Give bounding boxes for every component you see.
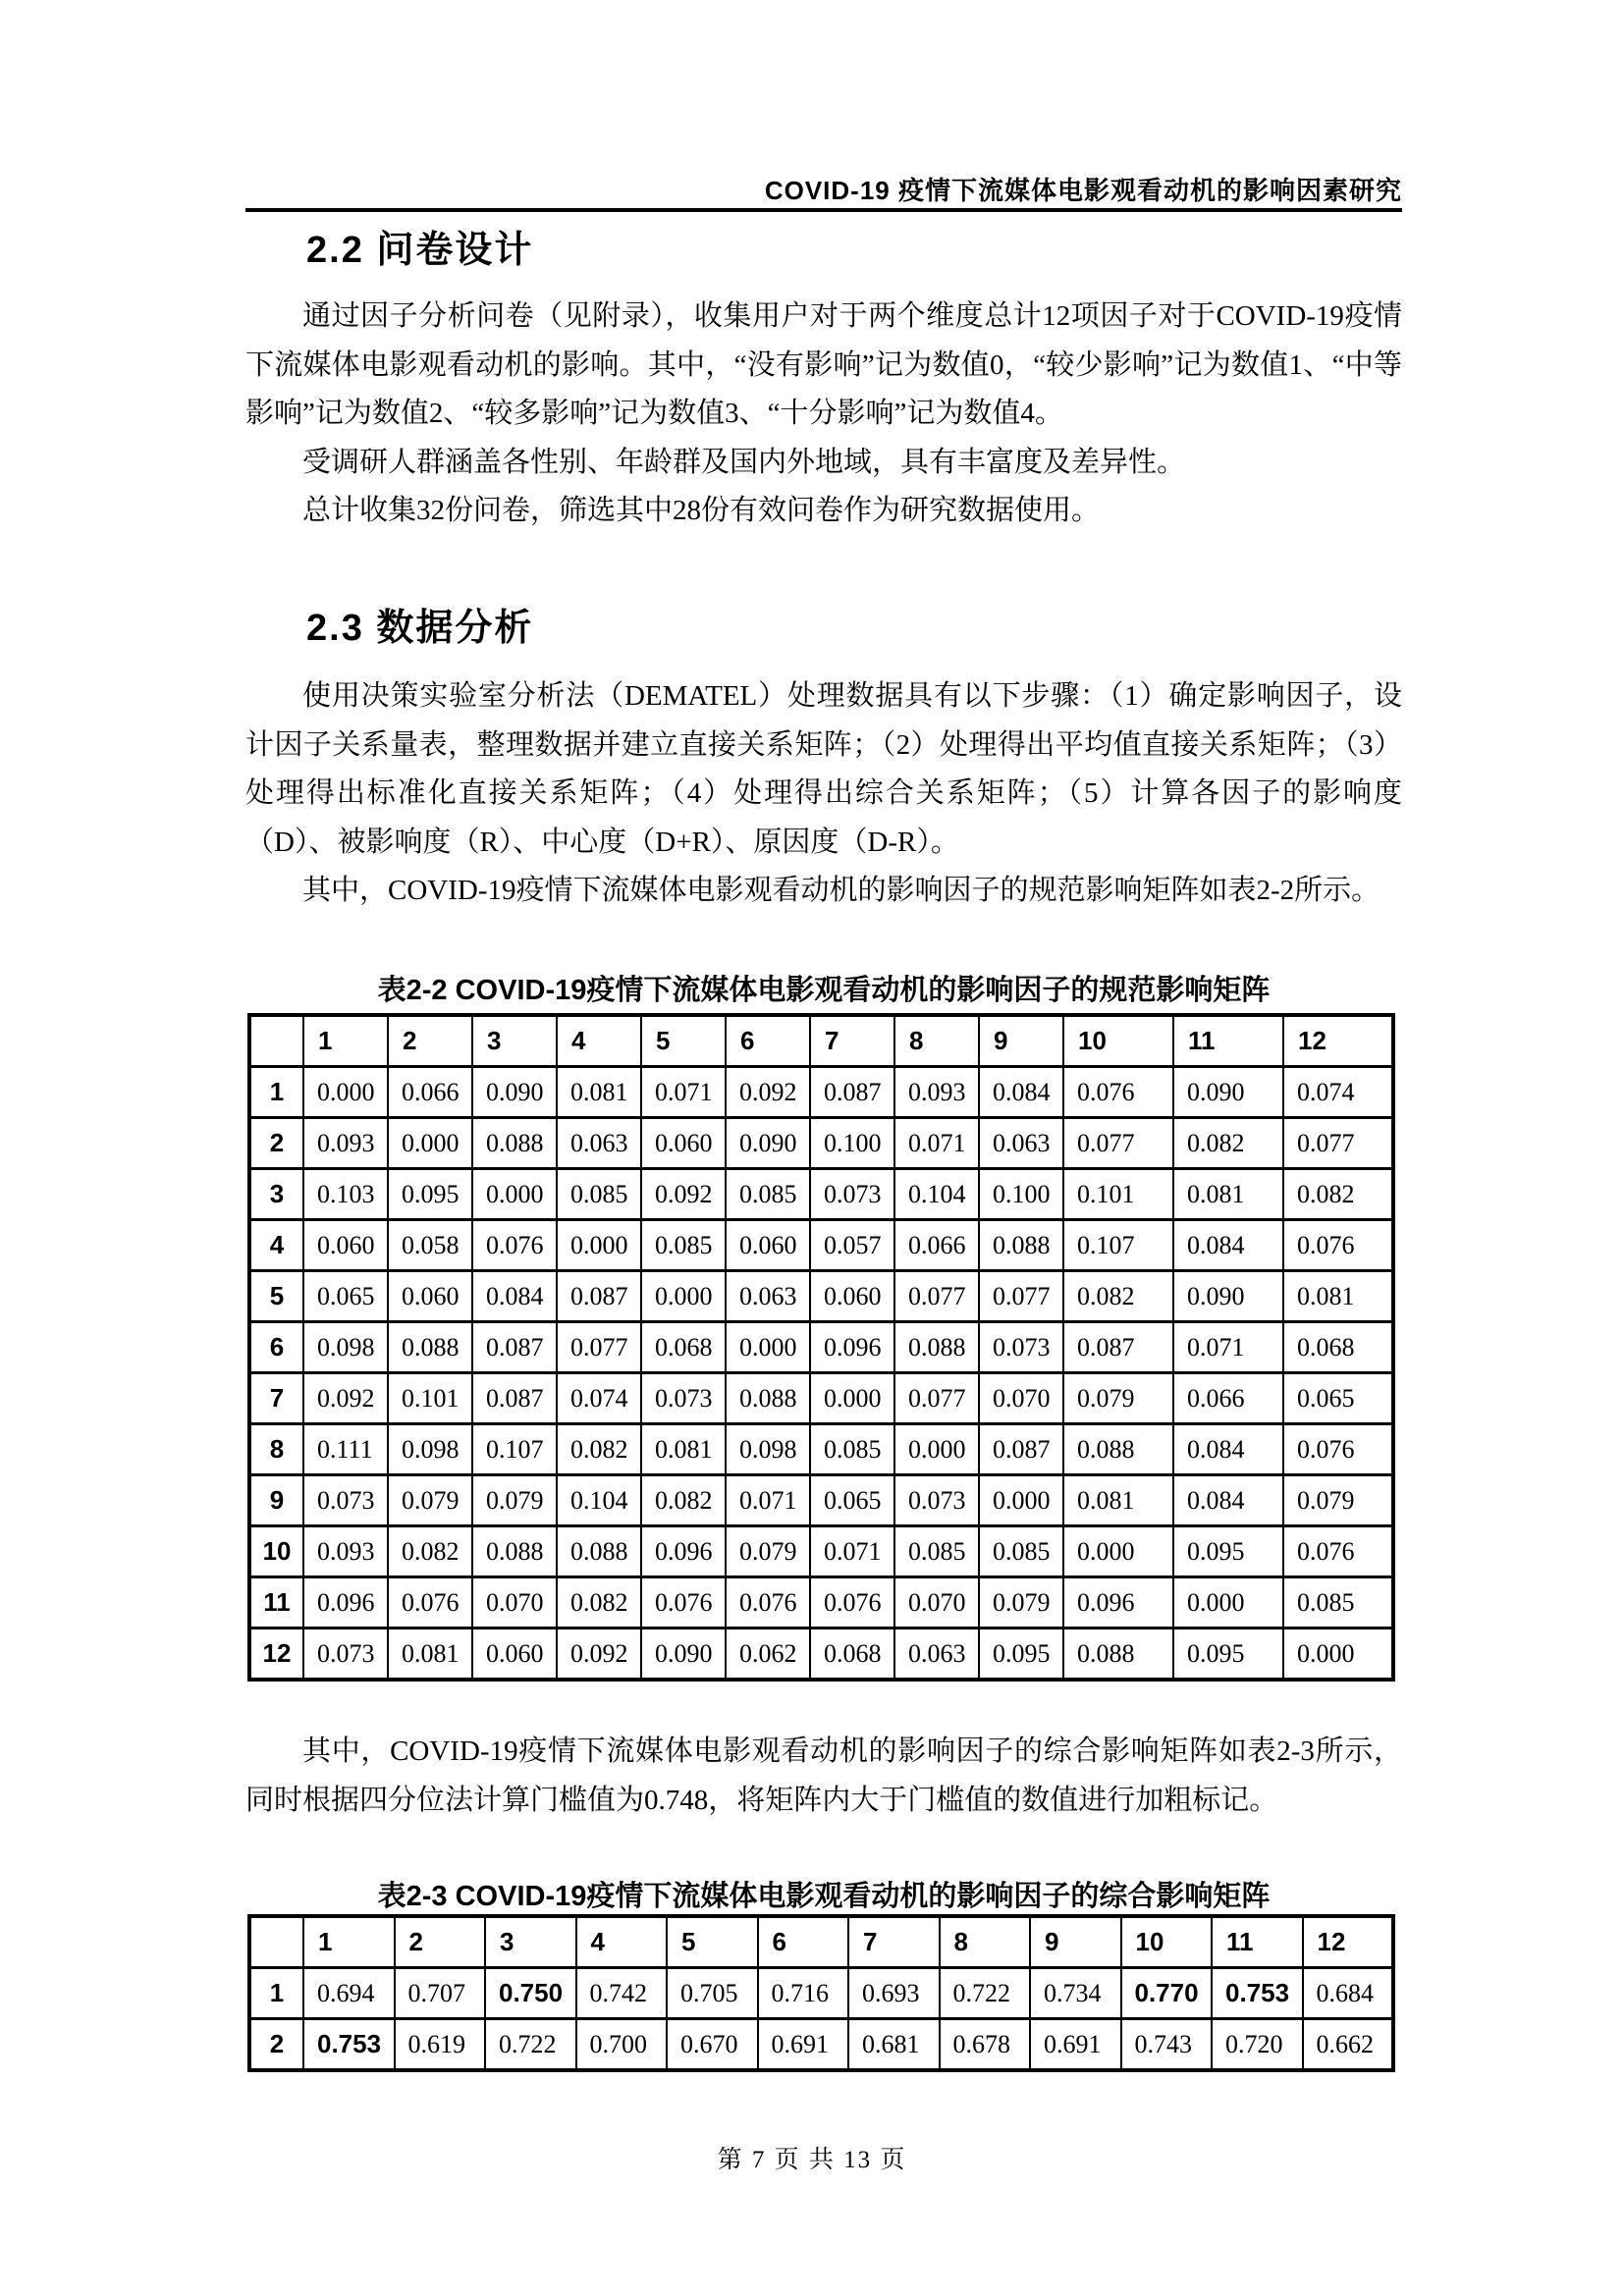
matrix-value-cell: 0.090 xyxy=(1173,1271,1283,1322)
matrix-row: 20.0930.0000.0880.0630.0600.0900.1000.07… xyxy=(249,1118,1393,1169)
matrix-col-header: 5 xyxy=(667,1916,758,1968)
matrix-value-cell: 0.074 xyxy=(1283,1067,1393,1118)
matrix-row-header: 11 xyxy=(249,1577,303,1629)
matrix-row-header: 10 xyxy=(249,1526,303,1577)
matrix-value-cell: 0.073 xyxy=(303,1475,388,1526)
paragraph: 使用决策实验室分析法（DEMATEL）处理数据具有以下步骤：（1）确定影响因子，… xyxy=(245,672,1402,867)
matrix-value-cell: 0.000 xyxy=(303,1067,388,1118)
matrix-row: 30.1030.0950.0000.0850.0920.0850.0730.10… xyxy=(249,1169,1393,1220)
matrix-value-cell: 0.088 xyxy=(472,1526,557,1577)
matrix-value-cell: 0.000 xyxy=(557,1220,641,1271)
matrix-row: 60.0980.0880.0870.0770.0680.0000.0960.08… xyxy=(249,1322,1393,1373)
matrix-value-cell: 0.090 xyxy=(726,1118,810,1169)
matrix-value-cell: 0.000 xyxy=(1283,1629,1393,1681)
matrix-col-header: 11 xyxy=(1212,1916,1303,1968)
section-2-2-paragraphs: 通过因子分析问卷（见附录），收集用户对于两个维度总计12项因子对于COVID-1… xyxy=(245,293,1402,536)
matrix-value-cell: 0.084 xyxy=(472,1271,557,1322)
table-2-2-caption: 表2-2 COVID-19疫情下流媒体电影观看动机的影响因子的规范影响矩阵 xyxy=(245,973,1402,1008)
matrix-value-cell: 0.084 xyxy=(1173,1475,1283,1526)
matrix-value-cell: 0.743 xyxy=(1121,2019,1213,2071)
matrix-value-cell: 0.077 xyxy=(1063,1118,1173,1169)
matrix-value-cell: 0.087 xyxy=(557,1271,641,1322)
matrix-value-cell: 0.076 xyxy=(1283,1424,1393,1475)
matrix-value-cell: 0.100 xyxy=(979,1169,1063,1220)
matrix-value-cell: 0.084 xyxy=(1173,1424,1283,1475)
matrix-value-cell: 0.082 xyxy=(557,1577,641,1629)
matrix-value-cell: 0.073 xyxy=(810,1169,894,1220)
matrix-value-cell: 0.088 xyxy=(894,1322,979,1373)
matrix-value-cell: 0.000 xyxy=(641,1271,726,1322)
matrix-value-cell: 0.081 xyxy=(641,1424,726,1475)
matrix-col-header: 8 xyxy=(894,1015,979,1067)
matrix-value-cell: 0.066 xyxy=(388,1067,472,1118)
matrix-value-cell: 0.081 xyxy=(557,1067,641,1118)
matrix-col-header: 9 xyxy=(979,1015,1063,1067)
matrix-value-cell: 0.107 xyxy=(1063,1220,1173,1271)
matrix-value-cell: 0.073 xyxy=(641,1373,726,1424)
matrix-value-cell: 0.076 xyxy=(1283,1526,1393,1577)
matrix-value-cell: 0.088 xyxy=(472,1118,557,1169)
normalized-influence-matrix-table: 123456789101112 10.0000.0660.0900.0810.0… xyxy=(247,1013,1395,1682)
matrix-value-cell: 0.716 xyxy=(758,1968,849,2019)
matrix-value-cell: 0.081 xyxy=(388,1629,472,1681)
matrix-row: 20.7530.6190.7220.7000.6700.6910.6810.67… xyxy=(249,2019,1393,2071)
matrix-value-cell: 0.076 xyxy=(1283,1220,1393,1271)
matrix-value-cell: 0.753 xyxy=(303,2019,395,2071)
matrix-value-cell: 0.681 xyxy=(848,2019,940,2071)
matrix-value-cell: 0.087 xyxy=(979,1424,1063,1475)
matrix-value-cell: 0.770 xyxy=(1121,1968,1213,2019)
matrix-value-cell: 0.096 xyxy=(641,1526,726,1577)
matrix-row: 120.0730.0810.0600.0920.0900.0620.0680.0… xyxy=(249,1629,1393,1681)
matrix-value-cell: 0.063 xyxy=(979,1118,1063,1169)
matrix-value-cell: 0.093 xyxy=(303,1118,388,1169)
matrix-value-cell: 0.060 xyxy=(810,1271,894,1322)
matrix-value-cell: 0.619 xyxy=(395,2019,486,2071)
matrix-value-cell: 0.077 xyxy=(979,1271,1063,1322)
section-heading-2-2: 2.2 问卷设计 xyxy=(306,228,533,273)
matrix-row: 80.1110.0980.1070.0820.0810.0980.0850.00… xyxy=(249,1424,1393,1475)
matrix-value-cell: 0.070 xyxy=(894,1577,979,1629)
matrix-row-header: 6 xyxy=(249,1322,303,1373)
matrix-row-header: 3 xyxy=(249,1169,303,1220)
matrix-value-cell: 0.085 xyxy=(726,1169,810,1220)
matrix-value-cell: 0.085 xyxy=(894,1526,979,1577)
matrix-value-cell: 0.000 xyxy=(388,1118,472,1169)
matrix-value-cell: 0.722 xyxy=(485,2019,576,2071)
matrix-value-cell: 0.693 xyxy=(848,1968,940,2019)
matrix-value-cell: 0.095 xyxy=(979,1629,1063,1681)
matrix-value-cell: 0.096 xyxy=(810,1322,894,1373)
matrix-value-cell: 0.076 xyxy=(472,1220,557,1271)
matrix-row-header: 2 xyxy=(249,1118,303,1169)
table-2-3-caption: 表2-3 COVID-19疫情下流媒体电影观看动机的影响因子的综合影响矩阵 xyxy=(245,1879,1402,1914)
matrix-row-header: 12 xyxy=(249,1629,303,1681)
matrix-value-cell: 0.063 xyxy=(726,1271,810,1322)
matrix-value-cell: 0.076 xyxy=(641,1577,726,1629)
matrix-value-cell: 0.092 xyxy=(303,1373,388,1424)
matrix-value-cell: 0.000 xyxy=(810,1373,894,1424)
matrix-value-cell: 0.088 xyxy=(1063,1629,1173,1681)
matrix-corner-cell xyxy=(249,1015,303,1067)
matrix-value-cell: 0.082 xyxy=(557,1424,641,1475)
matrix-value-cell: 0.070 xyxy=(979,1373,1063,1424)
matrix-value-cell: 0.691 xyxy=(1030,2019,1121,2071)
matrix-value-cell: 0.070 xyxy=(472,1577,557,1629)
matrix-value-cell: 0.081 xyxy=(1063,1475,1173,1526)
matrix-col-header: 7 xyxy=(810,1015,894,1067)
matrix-row-header: 8 xyxy=(249,1424,303,1475)
matrix-col-header: 11 xyxy=(1173,1015,1283,1067)
matrix-value-cell: 0.000 xyxy=(726,1322,810,1373)
matrix-col-header: 5 xyxy=(641,1015,726,1067)
matrix-col-header: 12 xyxy=(1303,1916,1394,1968)
matrix-value-cell: 0.057 xyxy=(810,1220,894,1271)
matrix-value-cell: 0.085 xyxy=(557,1169,641,1220)
matrix-value-cell: 0.096 xyxy=(303,1577,388,1629)
matrix-header-row: 123456789101112 xyxy=(249,1015,1393,1067)
matrix-header-row: 123456789101112 xyxy=(249,1916,1393,1968)
matrix-row-header: 5 xyxy=(249,1271,303,1322)
matrix-value-cell: 0.750 xyxy=(485,1968,576,2019)
matrix-value-cell: 0.073 xyxy=(303,1629,388,1681)
matrix-value-cell: 0.098 xyxy=(303,1322,388,1373)
matrix-value-cell: 0.079 xyxy=(726,1526,810,1577)
matrix-value-cell: 0.090 xyxy=(641,1629,726,1681)
matrix-col-header: 7 xyxy=(848,1916,940,1968)
matrix-value-cell: 0.722 xyxy=(940,1968,1031,2019)
matrix-value-cell: 0.081 xyxy=(1283,1271,1393,1322)
matrix-value-cell: 0.076 xyxy=(810,1577,894,1629)
matrix-value-cell: 0.742 xyxy=(576,1968,668,2019)
matrix-value-cell: 0.084 xyxy=(979,1067,1063,1118)
matrix-col-header: 8 xyxy=(940,1916,1031,1968)
matrix-value-cell: 0.098 xyxy=(388,1424,472,1475)
matrix-value-cell: 0.077 xyxy=(1283,1118,1393,1169)
matrix-value-cell: 0.093 xyxy=(303,1526,388,1577)
matrix-col-header: 6 xyxy=(726,1015,810,1067)
paragraph: 总计收集32份问卷，筛选其中28份有效问卷作为研究数据使用。 xyxy=(245,487,1402,536)
matrix-value-cell: 0.068 xyxy=(641,1322,726,1373)
matrix-value-cell: 0.087 xyxy=(472,1322,557,1373)
matrix-value-cell: 0.670 xyxy=(667,2019,758,2071)
matrix-value-cell: 0.077 xyxy=(894,1373,979,1424)
paragraph: 通过因子分析问卷（见附录），收集用户对于两个维度总计12项因子对于COVID-1… xyxy=(245,293,1402,439)
matrix-value-cell: 0.065 xyxy=(1283,1373,1393,1424)
matrix-value-cell: 0.081 xyxy=(1173,1169,1283,1220)
matrix-value-cell: 0.077 xyxy=(557,1322,641,1373)
matrix-value-cell: 0.088 xyxy=(557,1526,641,1577)
matrix-value-cell: 0.082 xyxy=(641,1475,726,1526)
matrix-value-cell: 0.100 xyxy=(810,1118,894,1169)
matrix-row-header: 2 xyxy=(249,2019,303,2071)
matrix-value-cell: 0.092 xyxy=(557,1629,641,1681)
matrix-value-cell: 0.071 xyxy=(1173,1322,1283,1373)
matrix-value-cell: 0.079 xyxy=(1283,1475,1393,1526)
matrix-value-cell: 0.071 xyxy=(641,1067,726,1118)
matrix-row-header: 7 xyxy=(249,1373,303,1424)
matrix-row: 10.6940.7070.7500.7420.7050.7160.6930.72… xyxy=(249,1968,1393,2019)
matrix-value-cell: 0.076 xyxy=(1063,1067,1173,1118)
matrix-value-cell: 0.071 xyxy=(894,1118,979,1169)
matrix-value-cell: 0.678 xyxy=(940,2019,1031,2071)
matrix-value-cell: 0.085 xyxy=(810,1424,894,1475)
matrix-col-header: 12 xyxy=(1283,1015,1393,1067)
matrix-row-header: 9 xyxy=(249,1475,303,1526)
matrix-col-header: 1 xyxy=(303,1015,388,1067)
matrix-value-cell: 0.700 xyxy=(576,2019,668,2071)
matrix-value-cell: 0.087 xyxy=(472,1373,557,1424)
matrix-value-cell: 0.060 xyxy=(726,1220,810,1271)
matrix-value-cell: 0.090 xyxy=(1173,1067,1283,1118)
matrix-value-cell: 0.071 xyxy=(726,1475,810,1526)
matrix-value-cell: 0.092 xyxy=(726,1067,810,1118)
matrix-value-cell: 0.000 xyxy=(979,1475,1063,1526)
matrix-value-cell: 0.000 xyxy=(472,1169,557,1220)
matrix-value-cell: 0.077 xyxy=(894,1271,979,1322)
matrix-row: 40.0600.0580.0760.0000.0850.0600.0570.06… xyxy=(249,1220,1393,1271)
matrix-row: 70.0920.1010.0870.0740.0730.0880.0000.07… xyxy=(249,1373,1393,1424)
matrix-row-header: 1 xyxy=(249,1968,303,2019)
matrix-value-cell: 0.101 xyxy=(1063,1169,1173,1220)
matrix-value-cell: 0.103 xyxy=(303,1169,388,1220)
matrix-value-cell: 0.095 xyxy=(388,1169,472,1220)
matrix-col-header: 4 xyxy=(557,1015,641,1067)
matrix-value-cell: 0.060 xyxy=(641,1118,726,1169)
matrix-value-cell: 0.691 xyxy=(758,2019,849,2071)
matrix-row: 90.0730.0790.0790.1040.0820.0710.0650.07… xyxy=(249,1475,1393,1526)
matrix-value-cell: 0.101 xyxy=(388,1373,472,1424)
matrix-row: 10.0000.0660.0900.0810.0710.0920.0870.09… xyxy=(249,1067,1393,1118)
matrix-value-cell: 0.084 xyxy=(1173,1220,1283,1271)
matrix-value-cell: 0.082 xyxy=(1173,1118,1283,1169)
matrix-value-cell: 0.088 xyxy=(979,1220,1063,1271)
matrix-value-cell: 0.060 xyxy=(472,1629,557,1681)
matrix-value-cell: 0.076 xyxy=(726,1577,810,1629)
matrix-value-cell: 0.662 xyxy=(1303,2019,1394,2071)
matrix-value-cell: 0.073 xyxy=(894,1475,979,1526)
comprehensive-influence-matrix-table: 123456789101112 10.6940.7070.7500.7420.7… xyxy=(247,1914,1395,2072)
matrix-value-cell: 0.088 xyxy=(388,1322,472,1373)
matrix-value-cell: 0.096 xyxy=(1063,1577,1173,1629)
matrix-value-cell: 0.068 xyxy=(1283,1322,1393,1373)
matrix-col-header: 2 xyxy=(388,1015,472,1067)
matrix-value-cell: 0.065 xyxy=(303,1271,388,1322)
matrix-value-cell: 0.088 xyxy=(726,1373,810,1424)
matrix-row: 110.0960.0760.0700.0820.0760.0760.0760.0… xyxy=(249,1577,1393,1629)
matrix-value-cell: 0.062 xyxy=(726,1629,810,1681)
header-rule xyxy=(245,208,1402,212)
matrix-value-cell: 0.082 xyxy=(1283,1169,1393,1220)
matrix-value-cell: 0.092 xyxy=(641,1169,726,1220)
matrix-col-header: 6 xyxy=(758,1916,849,1968)
matrix-value-cell: 0.088 xyxy=(1063,1424,1173,1475)
document-page: COVID-19 疫情下流媒体电影观看动机的影响因素研究 2.2 问卷设计 通过… xyxy=(0,0,1624,2296)
matrix-value-cell: 0.107 xyxy=(472,1424,557,1475)
matrix-value-cell: 0.707 xyxy=(395,1968,486,2019)
matrix-value-cell: 0.753 xyxy=(1212,1968,1303,2019)
matrix-value-cell: 0.068 xyxy=(810,1629,894,1681)
matrix-value-cell: 0.063 xyxy=(894,1629,979,1681)
matrix-col-header: 1 xyxy=(303,1916,395,1968)
matrix-col-header: 2 xyxy=(395,1916,486,1968)
matrix-value-cell: 0.060 xyxy=(303,1220,388,1271)
matrix-value-cell: 0.082 xyxy=(1063,1271,1173,1322)
matrix-value-cell: 0.060 xyxy=(388,1271,472,1322)
matrix-value-cell: 0.095 xyxy=(1173,1526,1283,1577)
matrix-value-cell: 0.087 xyxy=(810,1067,894,1118)
matrix-value-cell: 0.111 xyxy=(303,1424,388,1475)
matrix-value-cell: 0.093 xyxy=(894,1067,979,1118)
matrix-corner-cell xyxy=(249,1916,303,1968)
section-2-3-paragraphs: 使用决策实验室分析法（DEMATEL）处理数据具有以下步骤：（1）确定影响因子，… xyxy=(245,672,1402,916)
section-heading-2-3: 2.3 数据分析 xyxy=(306,606,533,651)
matrix-value-cell: 0.058 xyxy=(388,1220,472,1271)
matrix-col-header: 10 xyxy=(1063,1015,1173,1067)
matrix-value-cell: 0.082 xyxy=(388,1526,472,1577)
matrix-row: 100.0930.0820.0880.0880.0960.0790.0710.0… xyxy=(249,1526,1393,1577)
matrix-value-cell: 0.071 xyxy=(810,1526,894,1577)
between-tables-paragraph: 其中，COVID-19疫情下流媒体电影观看动机的影响因子的综合影响矩阵如表2-3… xyxy=(245,1728,1402,1825)
matrix-value-cell: 0.087 xyxy=(1063,1322,1173,1373)
matrix-value-cell: 0.000 xyxy=(894,1424,979,1475)
matrix-value-cell: 0.076 xyxy=(388,1577,472,1629)
matrix-value-cell: 0.720 xyxy=(1212,2019,1303,2071)
running-header-title: COVID-19 疫情下流媒体电影观看动机的影响因素研究 xyxy=(245,175,1402,206)
matrix-value-cell: 0.734 xyxy=(1030,1968,1121,2019)
matrix-col-header: 4 xyxy=(576,1916,668,1968)
matrix-value-cell: 0.000 xyxy=(1173,1577,1283,1629)
matrix-value-cell: 0.079 xyxy=(979,1577,1063,1629)
matrix-value-cell: 0.079 xyxy=(388,1475,472,1526)
matrix-value-cell: 0.065 xyxy=(810,1475,894,1526)
matrix-value-cell: 0.705 xyxy=(667,1968,758,2019)
paragraph: 其中，COVID-19疫情下流媒体电影观看动机的影响因子的综合影响矩阵如表2-3… xyxy=(245,1728,1402,1825)
matrix-value-cell: 0.104 xyxy=(557,1475,641,1526)
matrix-col-header: 9 xyxy=(1030,1916,1121,1968)
matrix-col-header: 10 xyxy=(1121,1916,1213,1968)
matrix-value-cell: 0.684 xyxy=(1303,1968,1394,2019)
matrix-value-cell: 0.074 xyxy=(557,1373,641,1424)
matrix-value-cell: 0.063 xyxy=(557,1118,641,1169)
matrix-value-cell: 0.095 xyxy=(1173,1629,1283,1681)
matrix-value-cell: 0.085 xyxy=(1283,1577,1393,1629)
matrix-col-header: 3 xyxy=(472,1015,557,1067)
matrix-value-cell: 0.090 xyxy=(472,1067,557,1118)
matrix-value-cell: 0.098 xyxy=(726,1424,810,1475)
paragraph: 受调研人群涵盖各性别、年龄群及国内外地域，具有丰富度及差异性。 xyxy=(245,439,1402,488)
matrix-value-cell: 0.079 xyxy=(472,1475,557,1526)
matrix-value-cell: 0.085 xyxy=(641,1220,726,1271)
matrix-value-cell: 0.104 xyxy=(894,1169,979,1220)
matrix-value-cell: 0.694 xyxy=(303,1968,395,2019)
matrix-value-cell: 0.000 xyxy=(1063,1526,1173,1577)
matrix-col-header: 3 xyxy=(485,1916,576,1968)
matrix-value-cell: 0.073 xyxy=(979,1322,1063,1373)
matrix-value-cell: 0.066 xyxy=(1173,1373,1283,1424)
matrix-value-cell: 0.085 xyxy=(979,1526,1063,1577)
matrix-row: 50.0650.0600.0840.0870.0000.0630.0600.07… xyxy=(249,1271,1393,1322)
paragraph: 其中，COVID-19疫情下流媒体电影观看动机的影响因子的规范影响矩阵如表2-2… xyxy=(245,867,1402,916)
matrix-row-header: 1 xyxy=(249,1067,303,1118)
matrix-row-header: 4 xyxy=(249,1220,303,1271)
matrix-value-cell: 0.079 xyxy=(1063,1373,1173,1424)
matrix-value-cell: 0.066 xyxy=(894,1220,979,1271)
page-number-footer: 第 7 页 共 13 页 xyxy=(0,2140,1624,2175)
